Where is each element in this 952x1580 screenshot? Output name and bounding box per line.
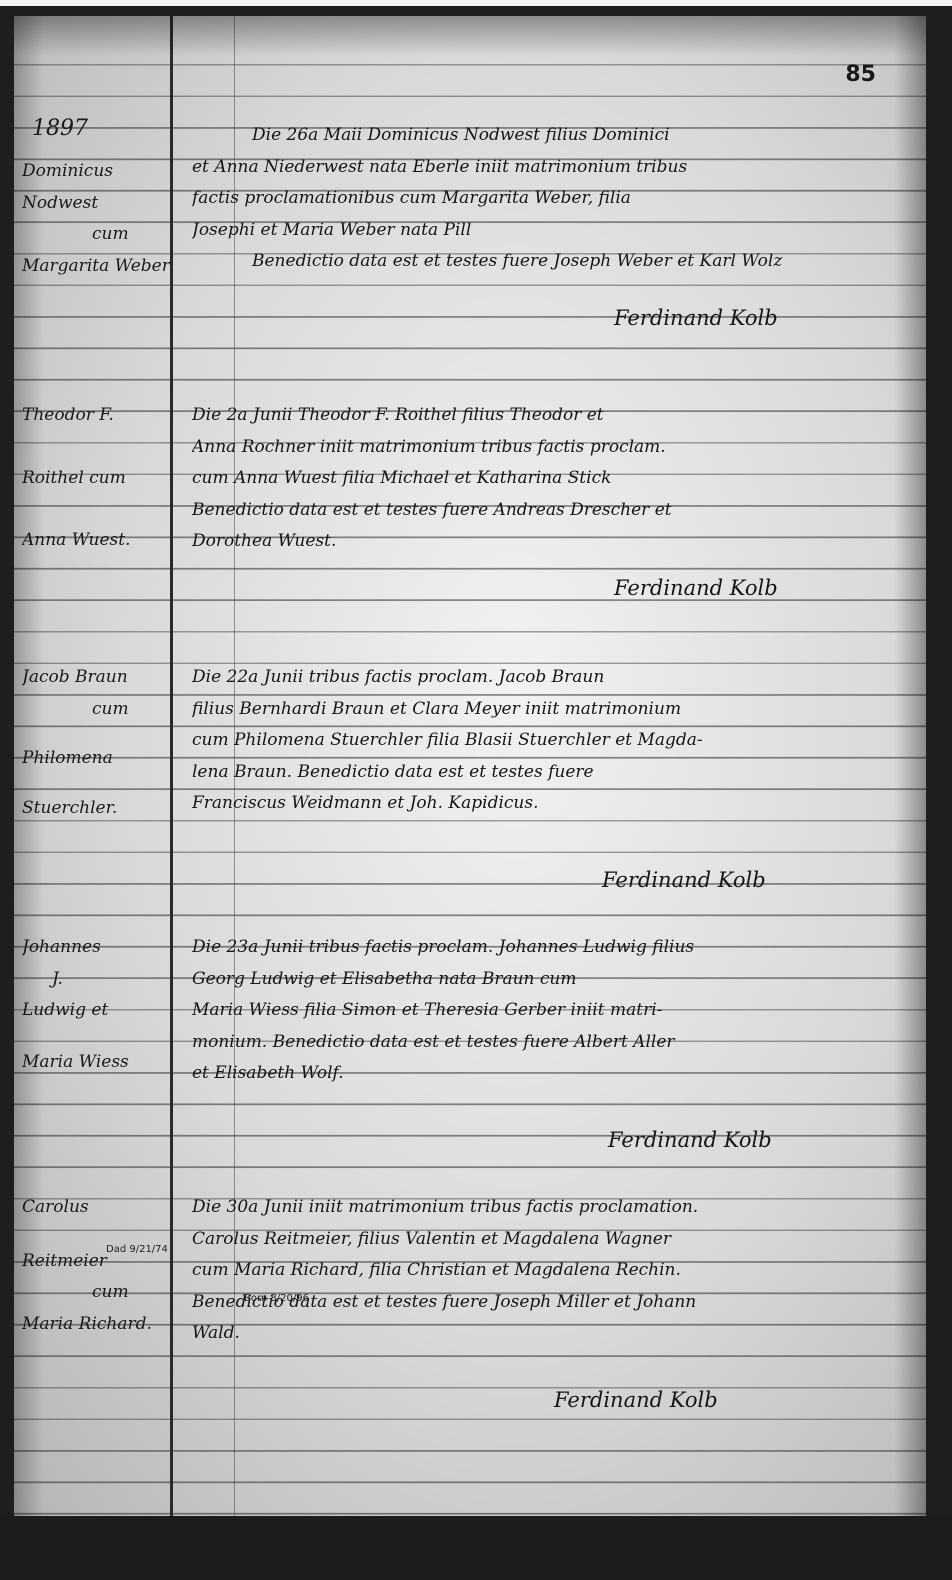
bride-name: Maria Wiess bbox=[22, 1047, 172, 1079]
bride-surname: Stuerchler. bbox=[22, 793, 172, 825]
entry-line: Die 26a Maii Dominicus Nodwest filius Do… bbox=[192, 120, 912, 152]
bride-name: Maria Richard. bbox=[22, 1309, 172, 1341]
scan-bottom-border bbox=[0, 1516, 952, 1580]
page-number: 85 bbox=[845, 62, 876, 87]
cum-label: cum bbox=[22, 219, 172, 251]
groom-first-name: Johannes bbox=[22, 932, 172, 964]
margin-names-entry-3: Jacob Braun cum Philomena Stuerchler. bbox=[22, 662, 172, 824]
groom-first-name: Dominicus bbox=[22, 156, 172, 188]
groom-surname: Ludwig et bbox=[22, 995, 172, 1027]
cum-label: cum bbox=[22, 1277, 172, 1309]
entry-line: et Elisabeth Wolf. bbox=[192, 1058, 912, 1090]
entry-line: Wald. bbox=[192, 1318, 912, 1350]
entry-line: cum Maria Richard, filia Christian et Ma… bbox=[192, 1255, 912, 1287]
entry-line: Die 23a Junii tribus factis proclam. Joh… bbox=[192, 932, 912, 964]
death-date-annotation: Dad 9/21/74 bbox=[106, 1244, 168, 1255]
priest-signature: Ferdinand Kolb bbox=[614, 576, 778, 600]
register-entry-4: Die 23a Junii tribus factis proclam. Joh… bbox=[192, 932, 912, 1090]
entry-line: Franciscus Weidmann et Joh. Kapidicus. bbox=[192, 788, 912, 820]
groom-initial: J. bbox=[22, 964, 172, 996]
margin-names-entry-2: Theodor F. Roithel cum Anna Wuest. bbox=[22, 400, 172, 557]
entry-line: cum Philomena Stuerchler filia Blasii St… bbox=[192, 725, 912, 757]
bride-first-name: Philomena bbox=[22, 743, 172, 775]
cum-label: cum bbox=[22, 694, 172, 726]
groom-first-name: Carolus bbox=[22, 1192, 172, 1224]
entry-line: Benedictio data est et testes fuere Andr… bbox=[192, 495, 912, 527]
entry-line: Die 2a Junii Theodor F. Roithel filius T… bbox=[192, 400, 912, 432]
entry-line: Anna Rochner iniit matrimonium tribus fa… bbox=[192, 432, 912, 464]
entry-line: lena Braun. Benedictio data est et teste… bbox=[192, 757, 912, 789]
bride-name: Margarita Weber bbox=[22, 251, 172, 283]
entry-line: factis proclamationibus cum Margarita We… bbox=[192, 183, 912, 215]
register-entry-1: Die 26a Maii Dominicus Nodwest filius Do… bbox=[192, 120, 912, 278]
entry-line: et Anna Niederwest nata Eberle iniit mat… bbox=[192, 152, 912, 184]
scanned-page-background: 85 1897 Dominicus Nodwest cum Margarita … bbox=[0, 6, 952, 1580]
entry-line: Die 30a Junii iniit matrimonium tribus f… bbox=[192, 1192, 912, 1224]
bride-name: Anna Wuest. bbox=[22, 525, 172, 557]
register-page: 85 1897 Dominicus Nodwest cum Margarita … bbox=[14, 16, 926, 1516]
groom-first-name: Theodor F. bbox=[22, 400, 172, 432]
margin-names-entry-1: Dominicus Nodwest cum Margarita Weber bbox=[22, 156, 172, 282]
register-entry-2: Die 2a Junii Theodor F. Roithel filius T… bbox=[192, 400, 912, 558]
priest-signature: Ferdinand Kolb bbox=[614, 306, 778, 330]
entry-line: Georg Ludwig et Elisabetha nata Braun cu… bbox=[192, 964, 912, 996]
entry-line: Carolus Reitmeier, filius Valentin et Ma… bbox=[192, 1224, 912, 1256]
entry-line: cum Anna Wuest filia Michael et Katharin… bbox=[192, 463, 912, 495]
entry-line: monium. Benedictio data est et testes fu… bbox=[192, 1027, 912, 1059]
groom-surname: Roithel cum bbox=[22, 463, 172, 495]
priest-signature: Ferdinand Kolb bbox=[554, 1388, 718, 1412]
entry-line: filius Bernhardi Braun et Clara Meyer in… bbox=[192, 694, 912, 726]
priest-signature: Ferdinand Kolb bbox=[602, 868, 766, 892]
register-year: 1897 bbox=[32, 116, 88, 141]
entry-line: Josephi et Maria Weber nata Pill bbox=[192, 215, 912, 247]
entry-line: Benedictio data est et testes fuere Jose… bbox=[192, 246, 912, 278]
margin-names-entry-4: Johannes J. Ludwig et Maria Wiess bbox=[22, 932, 172, 1078]
priest-signature: Ferdinand Kolb bbox=[608, 1128, 772, 1152]
entry-line: Maria Wiess filia Simon et Theresia Gerb… bbox=[192, 995, 912, 1027]
groom-name: Jacob Braun bbox=[22, 662, 172, 694]
register-entry-3: Die 22a Junii tribus factis proclam. Jac… bbox=[192, 662, 912, 820]
register-entry-5: Die 30a Junii iniit matrimonium tribus f… bbox=[192, 1192, 912, 1350]
groom-surname: Nodwest bbox=[22, 188, 172, 220]
margin-names-entry-5: Carolus Reitmeier cum Maria Richard. bbox=[22, 1192, 172, 1340]
entry-line: Dorothea Wuest. bbox=[192, 526, 912, 558]
entry-line: Die 22a Junii tribus factis proclam. Jac… bbox=[192, 662, 912, 694]
entry-line: Benedictio data est et testes fuere Jose… bbox=[192, 1287, 912, 1319]
